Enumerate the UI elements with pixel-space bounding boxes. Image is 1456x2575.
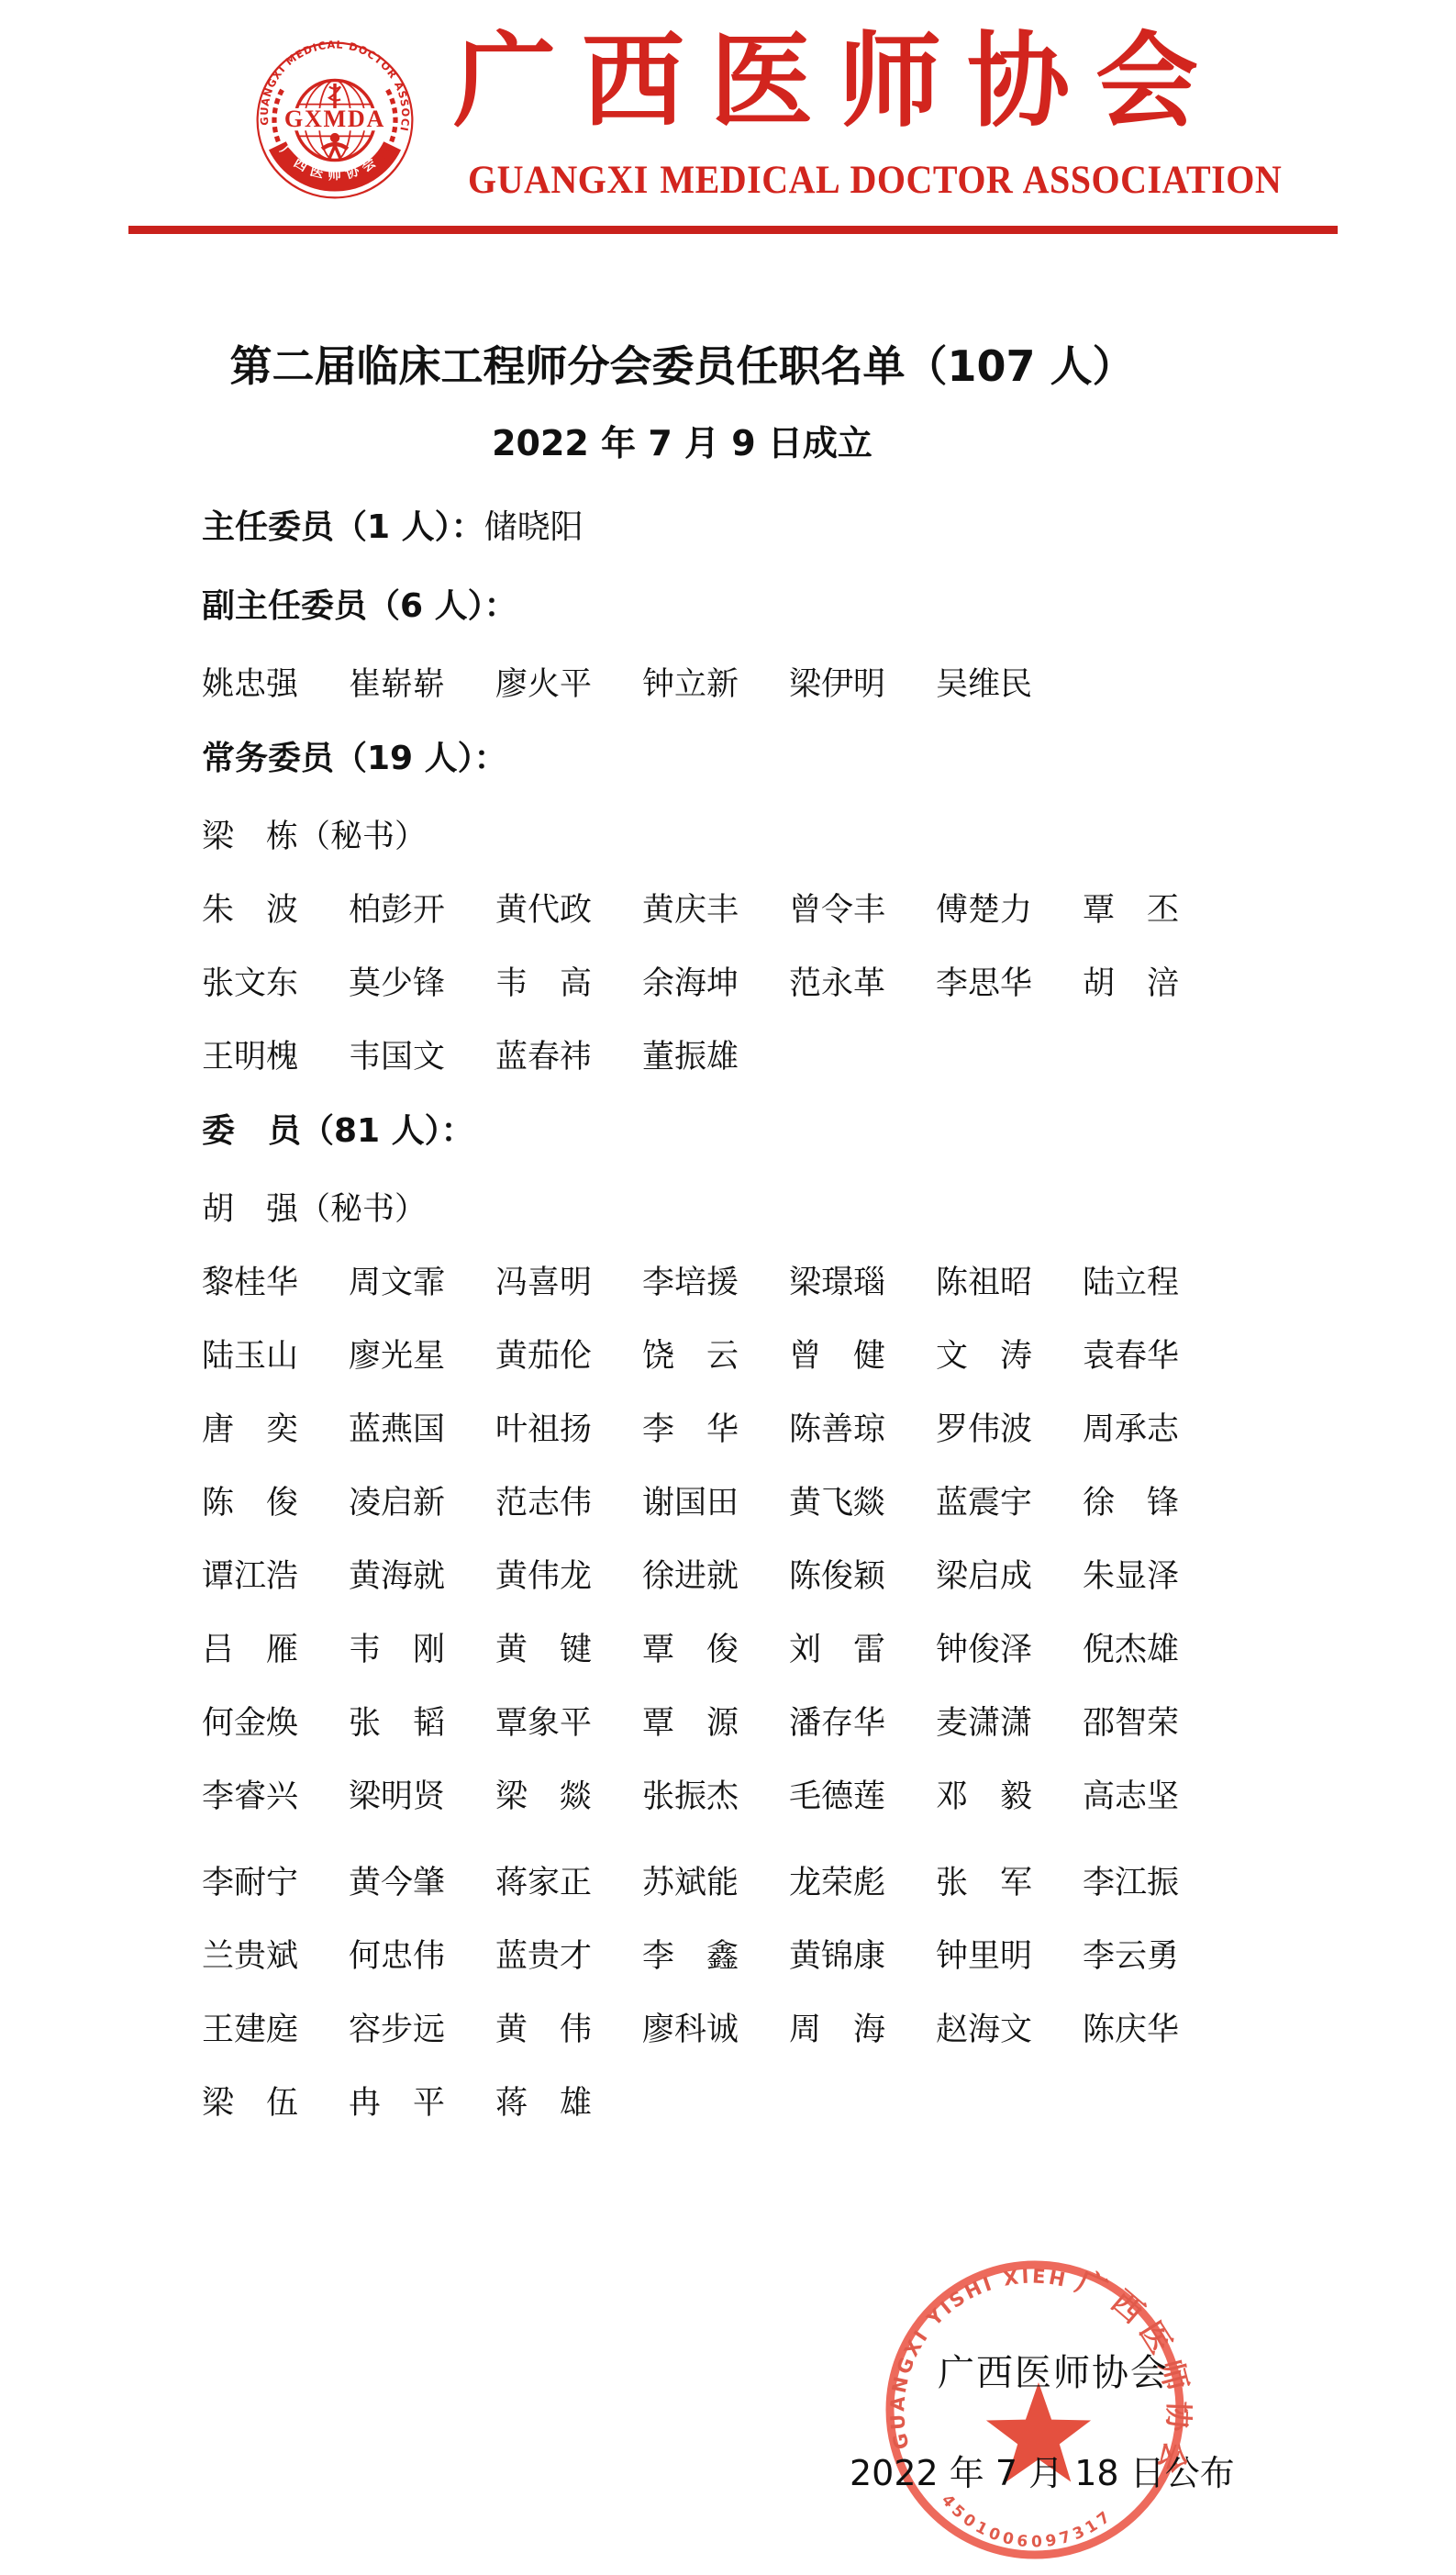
member-name: 陈 俊 <box>202 1485 349 1522</box>
established-date: 2022 年 7 月 9 日成立 <box>110 424 1254 463</box>
header-divider <box>128 226 1338 234</box>
member-row: 唐 奕蓝燕国叶祖扬李 华陈善琼罗伟波周承志 <box>202 1411 1346 1448</box>
member-name: 文 涛 <box>936 1338 1083 1375</box>
member-name: 钟俊泽 <box>936 1632 1083 1668</box>
member-name: 冯喜明 <box>495 1265 642 1301</box>
member-name: 陆立程 <box>1083 1265 1229 1301</box>
member-name: 赵海文 <box>936 2012 1083 2048</box>
standing-members-rows: 梁 栋（秘书）朱 波柏彭开黄代政黄庆丰曾令丰傅楚力覃 丕张文东莫少锋韦 高余海坤… <box>202 819 1346 1076</box>
member-name: 梁启成 <box>936 1558 1083 1595</box>
member-row: 陈 俊凌启新范志伟谢国田黄飞燚蓝震宇徐 锋 <box>202 1485 1346 1522</box>
member-name: 吕 雁 <box>202 1632 349 1668</box>
member-name: 覃 俊 <box>642 1632 789 1668</box>
member-name: 潘存华 <box>789 1705 936 1742</box>
member-row: 王建庭容步远黄 伟廖科诚周 海赵海文陈庆华 <box>202 2012 1346 2048</box>
member-name: 李 鑫 <box>642 1938 789 1975</box>
org-name-english: GUANGXI MEDICAL DOCTOR ASSOCIATION <box>468 158 1282 202</box>
member-name: 张振杰 <box>642 1778 789 1815</box>
member-row: 李睿兴梁明贤梁 燚张振杰毛德莲邓 毅高志坚 <box>202 1778 1346 1815</box>
member-name: 蓝燕国 <box>349 1411 495 1448</box>
member-name: 覃象平 <box>495 1705 642 1742</box>
member-name: 廖科诚 <box>642 2012 789 2048</box>
member-name: 崔崭崭 <box>349 666 495 703</box>
official-seal-icon: GUANGXI YISHI XIEHUI 广西医师协会 450100609731… <box>877 2256 1193 2564</box>
section-heading-chairman: 主任委员（1 人）：储晓阳 <box>202 508 1346 547</box>
member-name: 陈祖昭 <box>936 1265 1083 1301</box>
vice-chairmen-rows: 姚忠强崔崭崭廖火平钟立新梁伊明吴维民 <box>202 666 1346 703</box>
member-name: 钟里明 <box>936 1938 1083 1975</box>
member-name: 董振雄 <box>642 1039 789 1076</box>
member-name: 周承志 <box>1083 1411 1229 1448</box>
member-name: 廖火平 <box>495 666 642 703</box>
member-name: 黄今肇 <box>349 1865 495 1901</box>
document-title: 第二届临床工程师分会委员任职名单（107 人） <box>110 341 1254 391</box>
member-name: 倪杰雄 <box>1083 1632 1229 1668</box>
member-name: 唐 奕 <box>202 1411 349 1448</box>
member-name: 邓 毅 <box>936 1778 1083 1815</box>
member-name: 覃 源 <box>642 1705 789 1742</box>
member-name: 胡 涪 <box>1083 965 1229 1002</box>
member-name: 谭江浩 <box>202 1558 349 1595</box>
member-name: 麦潇潇 <box>936 1705 1083 1742</box>
member-name: 张 韬 <box>349 1705 495 1742</box>
member-name: 毛德莲 <box>789 1778 936 1815</box>
member-row: 何金焕张 韬覃象平覃 源潘存华麦潇潇邵智荣 <box>202 1705 1346 1742</box>
member-row: 梁 栋（秘书） <box>202 819 1346 855</box>
member-name: 兰贵斌 <box>202 1938 349 1975</box>
member-row: 吕 雁韦 刚黄 键覃 俊刘 雷钟俊泽倪杰雄 <box>202 1632 1346 1668</box>
member-name: 廖光星 <box>349 1338 495 1375</box>
member-name: 陆玉山 <box>202 1338 349 1375</box>
member-name: 朱 波 <box>202 892 349 929</box>
member-name: 莫少锋 <box>349 965 495 1002</box>
member-name: 张 军 <box>936 1865 1083 1901</box>
member-name: 柏彭开 <box>349 892 495 929</box>
member-name: 何忠伟 <box>349 1938 495 1975</box>
member-name: 钟立新 <box>642 666 789 703</box>
member-name: 韦 刚 <box>349 1632 495 1668</box>
member-name: 余海坤 <box>642 965 789 1002</box>
member-name: 陈庆华 <box>1083 2012 1229 2048</box>
member-name: 袁春华 <box>1083 1338 1229 1375</box>
member-name: 叶祖扬 <box>495 1411 642 1448</box>
member-name: 李江振 <box>1083 1865 1229 1901</box>
document-page: GUANGXI MEDICAL DOCTOR ASSOCIATION GXMDA… <box>0 0 1456 2575</box>
member-name: 邵智荣 <box>1083 1705 1229 1742</box>
member-name: 凌启新 <box>349 1485 495 1522</box>
member-name: 何金焕 <box>202 1705 349 1742</box>
member-name: 蒋 雄 <box>495 2085 642 2122</box>
logo-figure-head <box>330 133 339 142</box>
section-heading-standing-members: 常务委员（19 人）： <box>202 740 1346 778</box>
member-name: 范永革 <box>789 965 936 1002</box>
standing-members-label: 常务委员（19 人）： <box>202 740 507 777</box>
member-name: 蓝春祎 <box>495 1039 642 1076</box>
org-name-chinese: 广西医师协会 <box>453 28 1224 138</box>
section-heading-members: 委 员（81 人）： <box>202 1112 1346 1151</box>
member-name: 曾令丰 <box>789 892 936 929</box>
member-name: 徐 锋 <box>1083 1485 1229 1522</box>
member-name: 李思华 <box>936 965 1083 1002</box>
members-label: 委 员（81 人）： <box>202 1112 474 1150</box>
member-name: 容步远 <box>349 2012 495 2048</box>
member-row: 姚忠强崔崭崭廖火平钟立新梁伊明吴维民 <box>202 666 1346 703</box>
footer-publish-date: 2022 年 7 月 18 日公布 <box>850 2445 1235 2495</box>
member-name: 苏斌能 <box>642 1865 789 1901</box>
member-row: 谭江浩黄海就黄伟龙徐进就陈俊颖梁启成朱显泽 <box>202 1558 1346 1595</box>
member-name: 周 海 <box>789 2012 936 2048</box>
member-row: 朱 波柏彭开黄代政黄庆丰曾令丰傅楚力覃 丕 <box>202 892 1346 929</box>
member-name: 王建庭 <box>202 2012 349 2048</box>
member-name: 刘 雷 <box>789 1632 936 1668</box>
member-name: 李 华 <box>642 1411 789 1448</box>
logo-acronym: GXMDA <box>284 106 385 132</box>
member-name: 张文东 <box>202 965 349 1002</box>
member-name: 周文霏 <box>349 1265 495 1301</box>
member-row: 李耐宁黄今肇蒋家正苏斌能龙荣彪张 军李江振 <box>202 1865 1346 1901</box>
document-body: 第二届临床工程师分会委员任职名单（107 人） 2022 年 7 月 9 日成立… <box>0 341 1456 2158</box>
member-name: 黄 键 <box>495 1632 642 1668</box>
member-name: 傅楚力 <box>936 892 1083 929</box>
member-name: 覃 丕 <box>1083 892 1229 929</box>
member-name: 蓝震宇 <box>936 1485 1083 1522</box>
chairman-label: 主任委员（1 人）： <box>202 508 484 546</box>
member-name: 黄伟龙 <box>495 1558 642 1595</box>
member-name: 曾 健 <box>789 1338 936 1375</box>
member-name: 蓝贵才 <box>495 1938 642 1975</box>
member-name: 李云勇 <box>1083 1938 1229 1975</box>
member-name: 高志坚 <box>1083 1778 1229 1815</box>
member-name: 范志伟 <box>495 1485 642 1522</box>
member-name: 谢国田 <box>642 1485 789 1522</box>
member-name: 李培援 <box>642 1265 789 1301</box>
footer-org-name: 广西医师协会 <box>938 2344 1169 2396</box>
member-name: 梁 燚 <box>495 1778 642 1815</box>
member-name: 梁明贤 <box>349 1778 495 1815</box>
member-name: 蒋家正 <box>495 1865 642 1901</box>
member-name: 韦 高 <box>495 965 642 1002</box>
member-row: 王明槐韦国文蓝春祎董振雄 <box>202 1039 1346 1076</box>
member-row: 胡 强（秘书） <box>202 1191 1346 1228</box>
member-name: 黄飞燚 <box>789 1485 936 1522</box>
member-name: 黄 伟 <box>495 2012 642 2048</box>
member-name: 黄茄伦 <box>495 1338 642 1375</box>
member-row: 张文东莫少锋韦 高余海坤范永革李思华胡 涪 <box>202 965 1346 1002</box>
member-name: 黄代政 <box>495 892 642 929</box>
section-heading-vice-chairmen: 副主任委员（6 人）： <box>202 587 1346 626</box>
member-name: 胡 强（秘书） <box>202 1191 427 1228</box>
vice-chairmen-label: 副主任委员（6 人）： <box>202 587 517 625</box>
member-name: 冉 平 <box>349 2085 495 2122</box>
member-name: 吴维民 <box>936 666 1083 703</box>
member-name: 黄海就 <box>349 1558 495 1595</box>
association-logo-icon: GUANGXI MEDICAL DOCTOR ASSOCIATION GXMDA… <box>255 35 415 206</box>
member-row: 梁 伍冉 平蒋 雄 <box>202 2085 1346 2122</box>
chairman-name: 储晓阳 <box>484 508 584 546</box>
member-row: 陆玉山廖光星黄茄伦饶 云曾 健文 涛袁春华 <box>202 1338 1346 1375</box>
member-name: 韦国文 <box>349 1039 495 1076</box>
member-row: 黎桂华周文霏冯喜明李培援梁璟瑙陈祖昭陆立程 <box>202 1265 1346 1301</box>
member-name: 黎桂华 <box>202 1265 349 1301</box>
member-name: 朱显泽 <box>1083 1558 1229 1595</box>
member-name: 黄锦康 <box>789 1938 936 1975</box>
member-name: 陈俊颖 <box>789 1558 936 1595</box>
member-name: 王明槐 <box>202 1039 349 1076</box>
member-name: 龙荣彪 <box>789 1865 936 1901</box>
member-row: 兰贵斌何忠伟蓝贵才李 鑫黄锦康钟里明李云勇 <box>202 1938 1346 1975</box>
member-name: 梁伊明 <box>789 666 936 703</box>
member-name: 李睿兴 <box>202 1778 349 1815</box>
member-name: 陈善琼 <box>789 1411 936 1448</box>
member-name: 罗伟波 <box>936 1411 1083 1448</box>
member-name: 梁 栋（秘书） <box>202 819 427 855</box>
members-rows: 胡 强（秘书）黎桂华周文霏冯喜明李培援梁璟瑙陈祖昭陆立程陆玉山廖光星黄茄伦饶 云… <box>202 1191 1346 2122</box>
member-name: 梁璟瑙 <box>789 1265 936 1301</box>
member-name: 黄庆丰 <box>642 892 789 929</box>
member-name: 梁 伍 <box>202 2085 349 2122</box>
member-name: 李耐宁 <box>202 1865 349 1901</box>
member-name: 徐进就 <box>642 1558 789 1595</box>
member-name: 饶 云 <box>642 1338 789 1375</box>
member-name: 姚忠强 <box>202 666 349 703</box>
